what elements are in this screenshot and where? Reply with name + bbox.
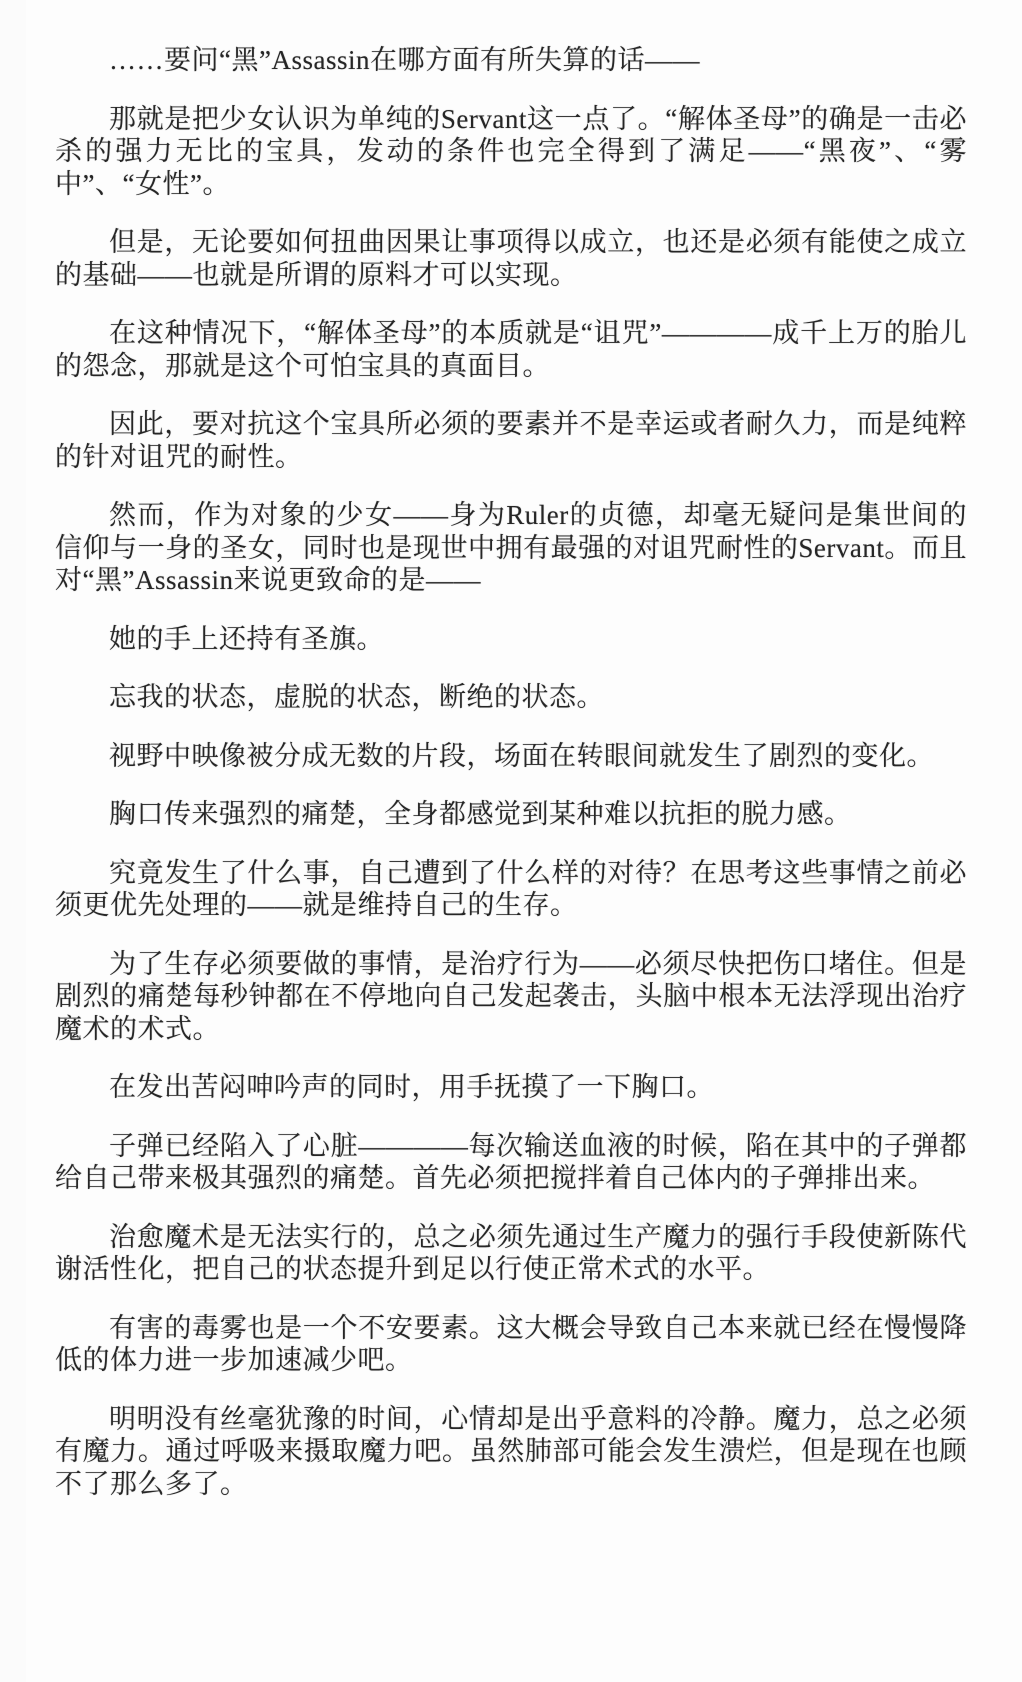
paragraph: 究竟发生了什么事，自己遭到了什么样的对待？在思考这些事情之前必须更优先处理的——… xyxy=(55,857,967,922)
paragraph: 子弹已经陷入了心脏————每次输送血液的时候，陷在其中的子弹都给自己带来极其强烈… xyxy=(55,1130,967,1195)
paragraph: 治愈魔术是无法实行的，总之必须先通过生产魔力的强行手段使新陈代谢活性化，把自己的… xyxy=(55,1221,967,1286)
text-body: ……要问“黑”Assassin在哪方面有所失算的话—— 那就是把少女认识为单纯的… xyxy=(55,44,967,1500)
paragraph: 为了生存必须要做的事情，是治疗行为——必须尽快把伤口堵住。但是剧烈的痛楚每秒钟都… xyxy=(55,948,967,1046)
paragraph: 有害的毒雾也是一个不安要素。这大概会导致自己本来就已经在慢慢降低的体力进一步加速… xyxy=(55,1312,967,1377)
paragraph: ……要问“黑”Assassin在哪方面有所失算的话—— xyxy=(55,44,967,77)
paragraph: 但是，无论要如何扭曲因果让事项得以成立，也还是必须有能使之成立的基础——也就是所… xyxy=(55,226,967,291)
paragraph: 明明没有丝毫犹豫的时间，心情却是出乎意料的冷静。魔力，总之必须有魔力。通过呼吸来… xyxy=(55,1403,967,1501)
paragraph: 在这种情况下，“解体圣母”的本质就是“诅咒”————成千上万的胎儿的怨念，那就是… xyxy=(55,317,967,382)
paragraph: 然而，作为对象的少女——身为Ruler的贞德，却毫无疑问是集世间的信仰与一身的圣… xyxy=(55,499,967,597)
paragraph: 胸口传来强烈的痛楚，全身都感觉到某种难以抗拒的脱力感。 xyxy=(55,798,967,831)
paragraph: 因此，要对抗这个宝具所必须的要素并不是幸运或者耐久力，而是纯粹的针对诅咒的耐性。 xyxy=(55,408,967,473)
paragraph: 在发出苦闷呻吟声的同时，用手抚摸了一下胸口。 xyxy=(55,1071,967,1104)
paragraph: 她的手上还持有圣旗。 xyxy=(55,623,967,656)
novel-page: ……要问“黑”Assassin在哪方面有所失算的话—— 那就是把少女认识为单纯的… xyxy=(0,0,1022,1682)
paragraph: 忘我的状态，虚脱的状态，断绝的状态。 xyxy=(55,681,967,714)
paragraph: 那就是把少女认识为单纯的Servant这一点了。“解体圣母”的确是一击必杀的强力… xyxy=(55,103,967,201)
paragraph: 视野中映像被分成无数的片段，场面在转眼间就发生了剧烈的变化。 xyxy=(55,740,967,773)
